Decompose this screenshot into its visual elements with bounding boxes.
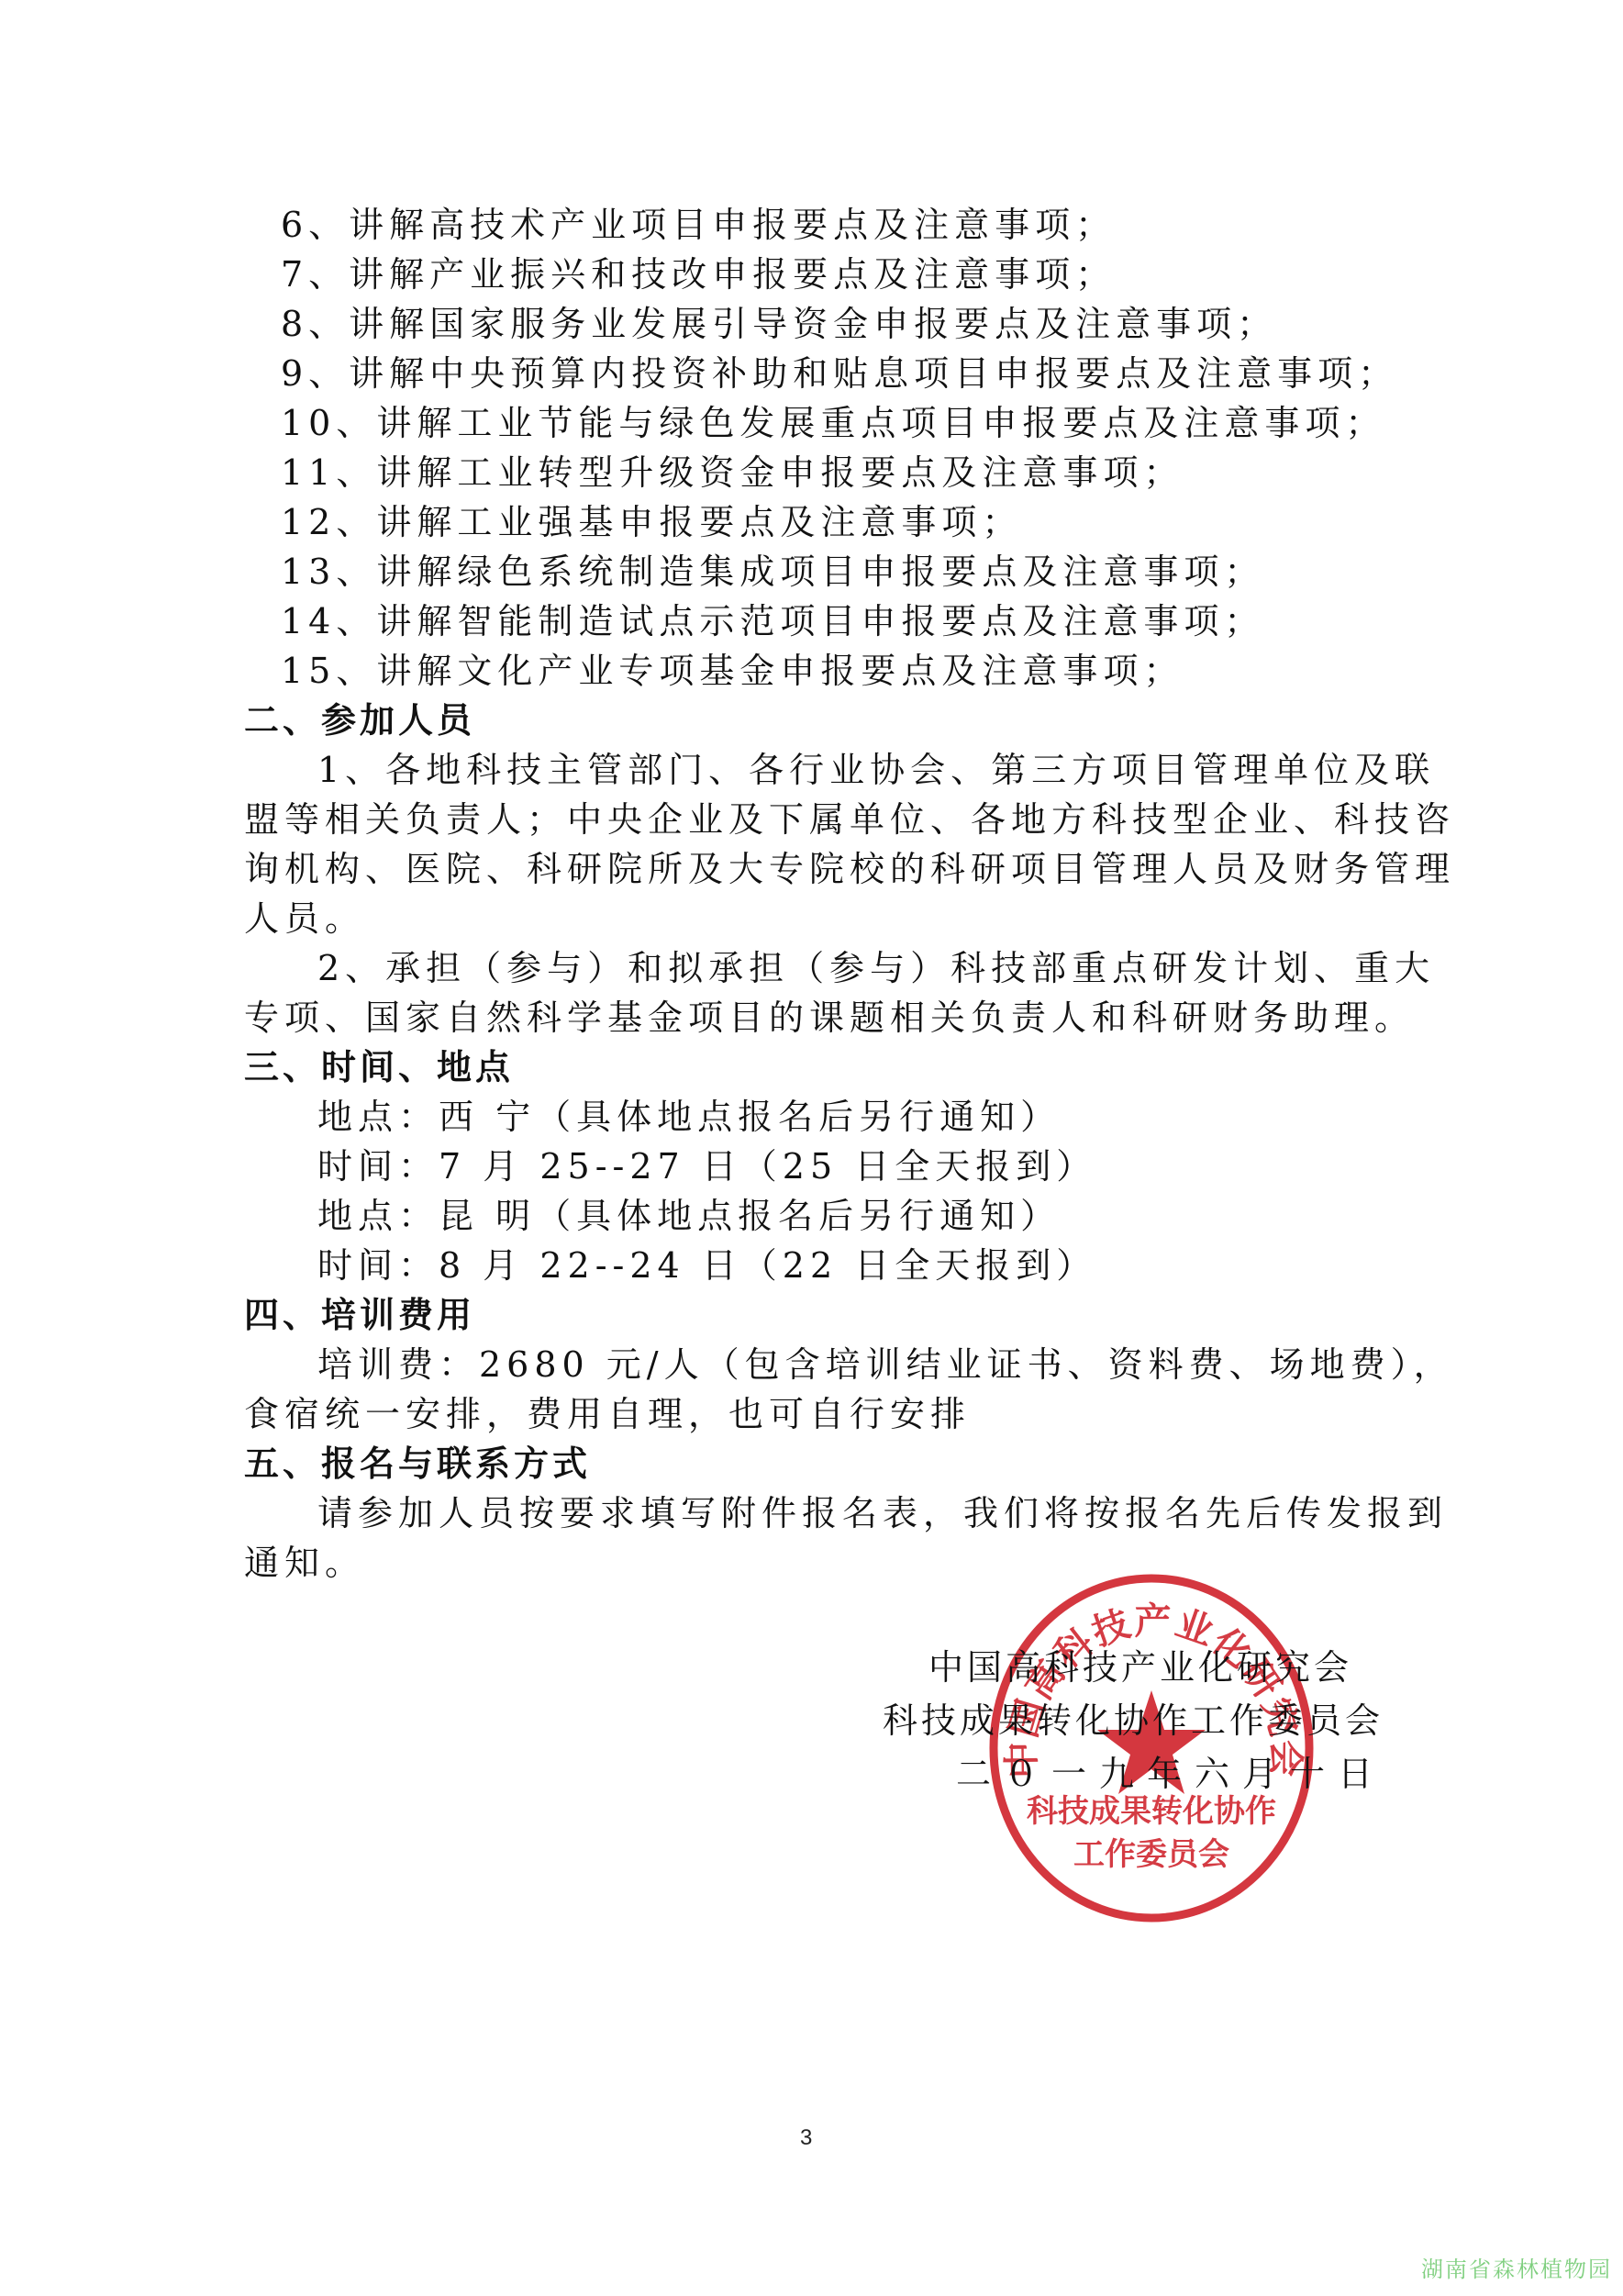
seal-inner-line-1: 科技成果转化协作 (1027, 1793, 1276, 1830)
document-page: 6、讲解高技术产业项目申报要点及注意事项； 7、讲解产业振兴和技改申报要点及注意… (0, 0, 1623, 2296)
participants-paragraph-2-line-2: 专项、国家自然科学基金项目的课题相关负责人和科研财务助理。 (244, 993, 1415, 1042)
location-kunming: 地点：昆 明（具体地点报名后另行通知） (317, 1191, 1061, 1241)
list-item-9: 9、讲解中央预算内投资补助和贴息项目申报要点及注意事项； (281, 349, 1398, 398)
participants-paragraph-1-line-3: 询机构、医院、科研院所及大专院校的科研项目管理人员及财务管理 (244, 844, 1455, 894)
participants-paragraph-1-line-4: 人员。 (244, 894, 365, 943)
list-item-11: 11、讲解工业转型升级资金申报要点及注意事项； (281, 448, 1184, 497)
list-item-10: 10、讲解工业节能与绿色发展重点项目申报要点及注意事项； (281, 398, 1385, 448)
section-heading-registration: 五、报名与联系方式 (244, 1439, 591, 1488)
participants-paragraph-2-line-1: 2、承担（参与）和拟承担（参与）科技部重点研发计划、重大 (317, 943, 1435, 993)
signature-date: 二０一九年六月十日 (956, 1749, 1385, 1799)
list-item-7: 7、讲解产业振兴和技改申报要点及注意事项； (281, 250, 1116, 299)
time-xining: 时间：7 月 25--27 日（25 日全天报到） (317, 1142, 1096, 1191)
section-heading-fees: 四、培训费用 (244, 1290, 475, 1340)
registration-line-1: 请参加人员按要求填写附件报名表，我们将按报名先后传发报到 (317, 1488, 1448, 1538)
source-watermark: 湖南省森林植物园 (1421, 2251, 1612, 2283)
list-item-13: 13、讲解绿色系统制造集成项目申报要点及注意事项； (281, 547, 1264, 596)
list-item-15: 15、讲解文化产业专项基金申报要点及注意事项； (281, 646, 1184, 696)
list-item-14: 14、讲解智能制造试点示范项目申报要点及注意事项； (281, 596, 1264, 646)
list-item-6: 6、讲解高技术产业项目申报要点及注意事项； (281, 200, 1116, 250)
fee-line-2: 食宿统一安排，费用自理，也可自行安排 (244, 1389, 971, 1439)
page-number: 3 (800, 2125, 812, 2151)
participants-paragraph-1-line-2: 盟等相关负责人；中央企业及下属单位、各地方科技型企业、科技咨 (244, 795, 1455, 844)
section-heading-time-place: 三、时间、地点 (244, 1042, 514, 1092)
seal-inner-line-2: 工作委员会 (1073, 1836, 1229, 1873)
list-item-8: 8、讲解国家服务业发展引导资金申报要点及注意事项； (281, 299, 1277, 349)
fee-line-1: 培训费：2680 元/人（包含培训结业证书、资料费、场地费）， (317, 1340, 1454, 1389)
list-item-12: 12、讲解工业强基申报要点及注意事项； (281, 497, 1022, 547)
location-xining: 地点：西 宁（具体地点报名后另行通知） (317, 1092, 1061, 1142)
time-kunming: 时间：8 月 22--24 日（22 日全天报到） (317, 1241, 1096, 1290)
official-seal-stamp: 中国高科技产业化研究会 科技成果转化协作 工作委员会 (977, 1569, 1326, 1927)
signature-org-line-1: 中国高科技产业化研究会 (928, 1643, 1352, 1692)
participants-paragraph-1-line-1: 1、各地科技主管部门、各行业协会、第三方项目管理单位及联 (317, 745, 1435, 795)
section-heading-participants: 二、参加人员 (244, 696, 475, 745)
registration-line-2: 通知。 (244, 1538, 365, 1588)
signature-org-line-2: 科技成果转化协作工作委员会 (883, 1696, 1384, 1745)
